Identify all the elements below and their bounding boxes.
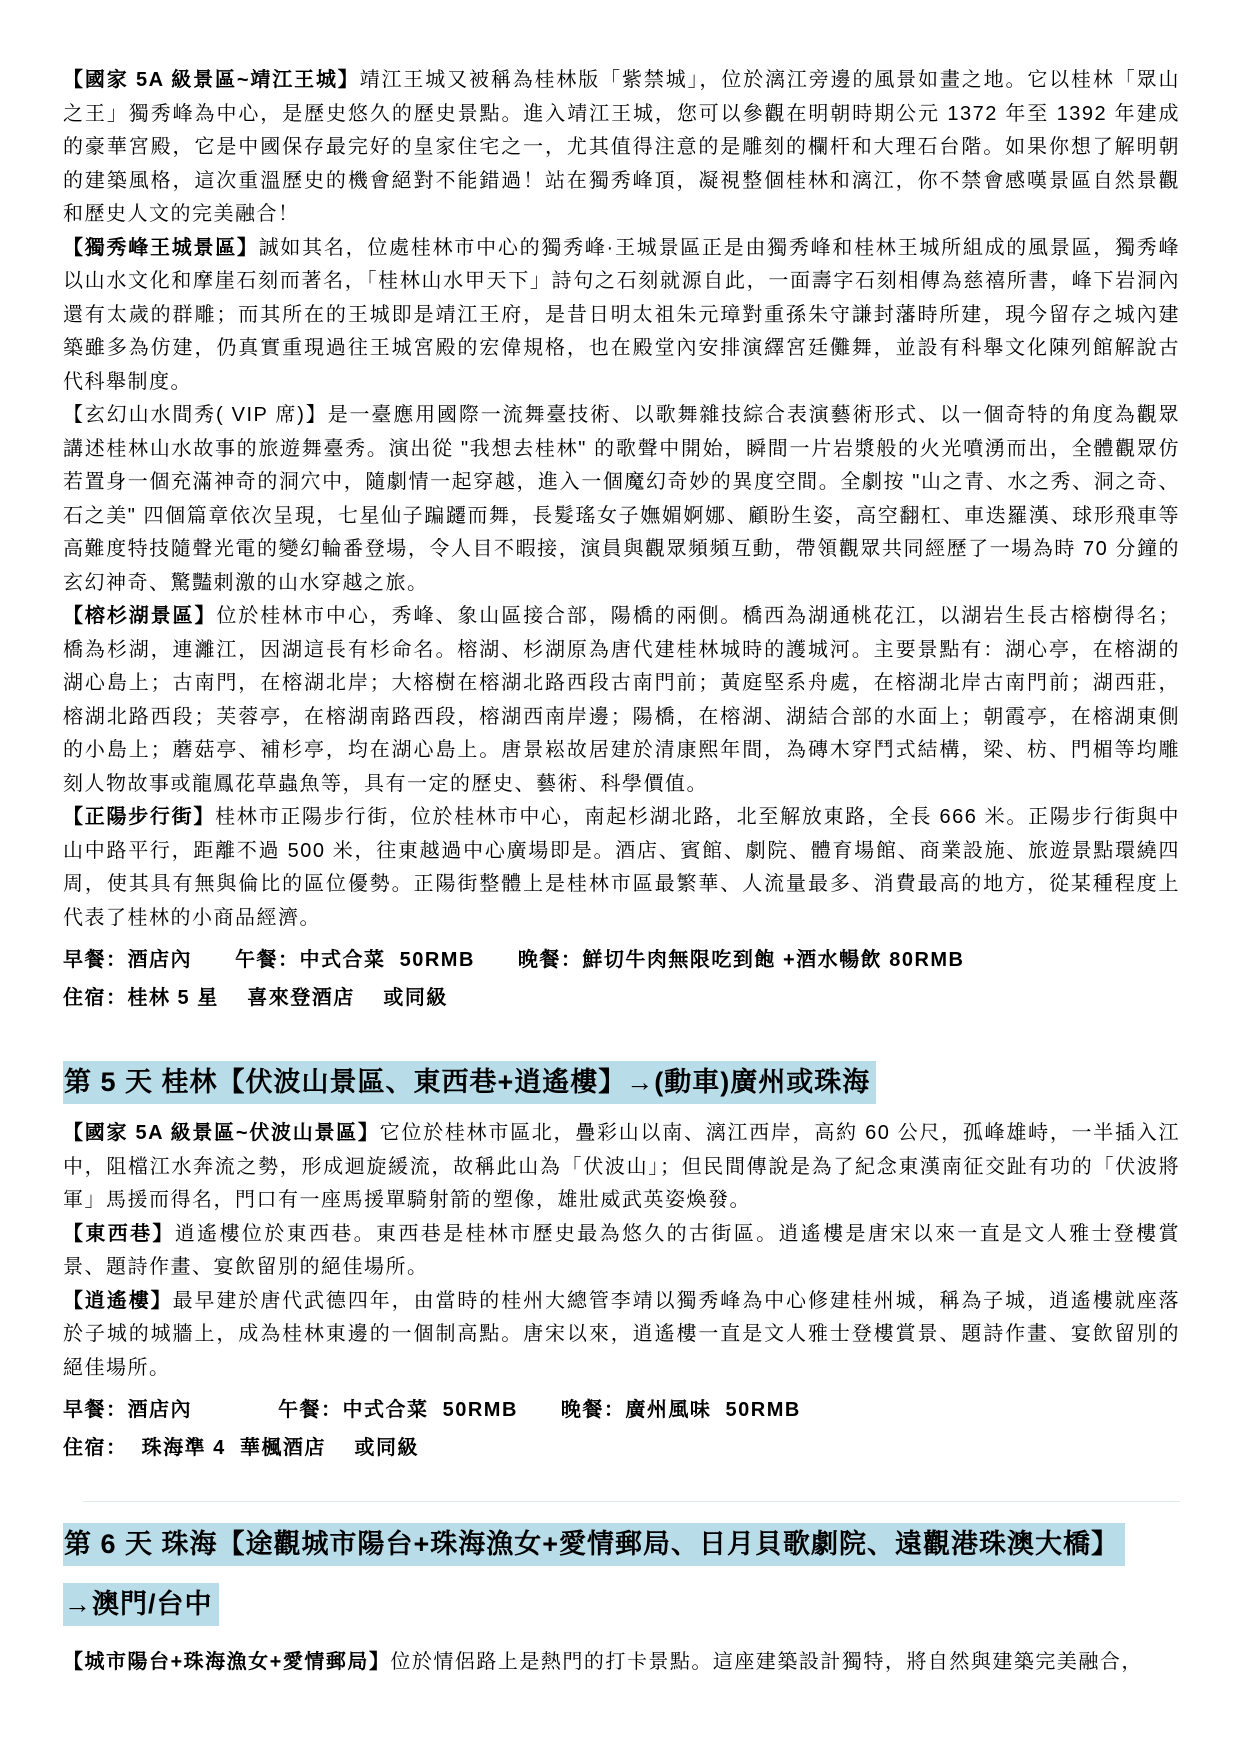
paragraph-head: 【逍遙樓】	[63, 1290, 173, 1312]
paragraph-body: 誠如其名，位處桂林市中心的獨秀峰·王城景區正是由獨秀峰和桂林王城所組成的風景區，…	[63, 237, 1180, 393]
paragraph-body: 最早建於唐代武德四年，由當時的桂州大總管李靖以獨秀峰為中心修建桂州城，稱為子城，…	[63, 1290, 1180, 1379]
paragraph-head: 【國家 5A 級景區~靖江王城】	[63, 69, 360, 91]
paragraph-city-balcony: 【城市陽台+珠海漁女+愛情郵局】位於情侶路上是熱門的打卡景點。這座建築設計獨特，…	[63, 1646, 1180, 1680]
paragraph-head: 【城市陽台+珠海漁女+愛情郵局】	[63, 1651, 390, 1673]
day5-meals: 早餐：酒店內 午餐：中式合菜 50RMB 晚餐：廣州風味 50RMB	[63, 1391, 1180, 1429]
day5-header-highlight: 第 5 天 桂林【伏波山景區、東西巷+逍遙樓】→(動車)廣州或珠海	[63, 1061, 876, 1104]
paragraph-body: 位於情侶路上是熱門的打卡景點。這座建築設計獨特，將自然與建築完美融合，	[390, 1651, 1143, 1673]
paragraph-body: 桂林市正陽步行街，位於桂林市中心，南起杉湖北路，北至解放東路，全長 666 米。…	[63, 806, 1180, 929]
paragraph-rongshan-lake: 【榕杉湖景區】位於桂林市中心，秀峰、象山區接合部，陽橋的兩側。橋西為湖通桃花江，…	[63, 600, 1180, 801]
paragraph-body: 是一臺應用國際一流舞臺技術、以歌舞雜技綜合表演藝術形式、以一個奇特的角度為觀眾講…	[63, 404, 1180, 594]
paragraph-duxiu-peak: 【獨秀峰王城景區】誠如其名，位處桂林市中心的獨秀峰·王城景區正是由獨秀峰和桂林王…	[63, 232, 1180, 400]
paragraph-mountain-water-show: 【玄幻山水間秀( VIP 席)】是一臺應用國際一流舞臺技術、以歌舞雜技綜合表演藝…	[63, 399, 1180, 600]
day5-accommodation: 住宿： 珠海準 4 華楓酒店 或同級	[63, 1429, 1180, 1467]
paragraph-body: 靖江王城又被稱為桂林版「紫禁城」，位於漓江旁邊的風景如畫之地。它以桂林「眾山之王…	[63, 69, 1180, 225]
paragraph-body: 位於桂林市中心，秀峰、象山區接合部，陽橋的兩側。橋西為湖通桃花江，以湖岩生長古榕…	[63, 605, 1180, 795]
paragraph-body: 逍遙樓位於東西巷。東西巷是桂林市歷史最為悠久的古街區。逍遙樓是唐宋以來一直是文人…	[63, 1223, 1180, 1279]
paragraph-xiaoyao-tower: 【逍遙樓】最早建於唐代武德四年，由當時的桂州大總管李靖以獨秀峰為中心修建桂州城，…	[63, 1285, 1180, 1386]
day6-header-highlight-line2: →澳門/台中	[63, 1583, 219, 1626]
paragraph-east-west-lane: 【東西巷】逍遙樓位於東西巷。東西巷是桂林市歷史最為悠久的古街區。逍遙樓是唐宋以來…	[63, 1218, 1180, 1285]
paragraph-zhengyang-street: 【正陽步行街】桂林市正陽步行街，位於桂林市中心，南起杉湖北路，北至解放東路，全長…	[63, 801, 1180, 935]
day4-accommodation: 住宿：桂林 5 星 喜來登酒店 或同級	[63, 979, 1180, 1017]
day4-meals: 早餐：酒店內 午餐：中式合菜 50RMB 晚餐：鮮切牛肉無限吃到飽 +酒水暢飲 …	[63, 941, 1180, 979]
paragraph-head: 【國家 5A 級景區~伏波山景區】	[63, 1122, 380, 1144]
paragraph-jingjiang-palace: 【國家 5A 級景區~靖江王城】靖江王城又被稱為桂林版「紫禁城」，位於漓江旁邊的…	[63, 64, 1180, 232]
paragraph-head: 【榕杉湖景區】	[63, 605, 216, 627]
paragraph-head: 【玄幻山水間秀( VIP 席)】	[63, 404, 328, 426]
day6-header-highlight-line1: 第 6 天 珠海【途觀城市陽台+珠海漁女+愛情郵局、日月貝歌劇院、遠觀港珠澳大橋…	[63, 1523, 1125, 1566]
day6-header: 第 6 天 珠海【途觀城市陽台+珠海漁女+愛情郵局、日月貝歌劇院、遠觀港珠澳大橋…	[63, 1514, 1180, 1634]
paragraph-fubo-hill: 【國家 5A 級景區~伏波山景區】它位於桂林市區北，疊彩山以南、漓江西岸，高約 …	[63, 1117, 1180, 1218]
day4-meal-info: 早餐：酒店內 午餐：中式合菜 50RMB 晚餐：鮮切牛肉無限吃到飽 +酒水暢飲 …	[63, 941, 1180, 1017]
itinerary-document: 【國家 5A 級景區~靖江王城】靖江王城又被稱為桂林版「紫禁城」，位於漓江旁邊的…	[0, 0, 1241, 1680]
day5-meal-info: 早餐：酒店內 午餐：中式合菜 50RMB 晚餐：廣州風味 50RMB 住宿： 珠…	[63, 1391, 1180, 1467]
day5-header: 第 5 天 桂林【伏波山景區、東西巷+逍遙樓】→(動車)廣州或珠海	[63, 1059, 1180, 1105]
section-divider	[83, 1501, 1180, 1502]
paragraph-head: 【獨秀峰王城景區】	[63, 237, 259, 259]
paragraph-head: 【正陽步行街】	[63, 806, 215, 828]
paragraph-head: 【東西巷】	[63, 1223, 175, 1245]
